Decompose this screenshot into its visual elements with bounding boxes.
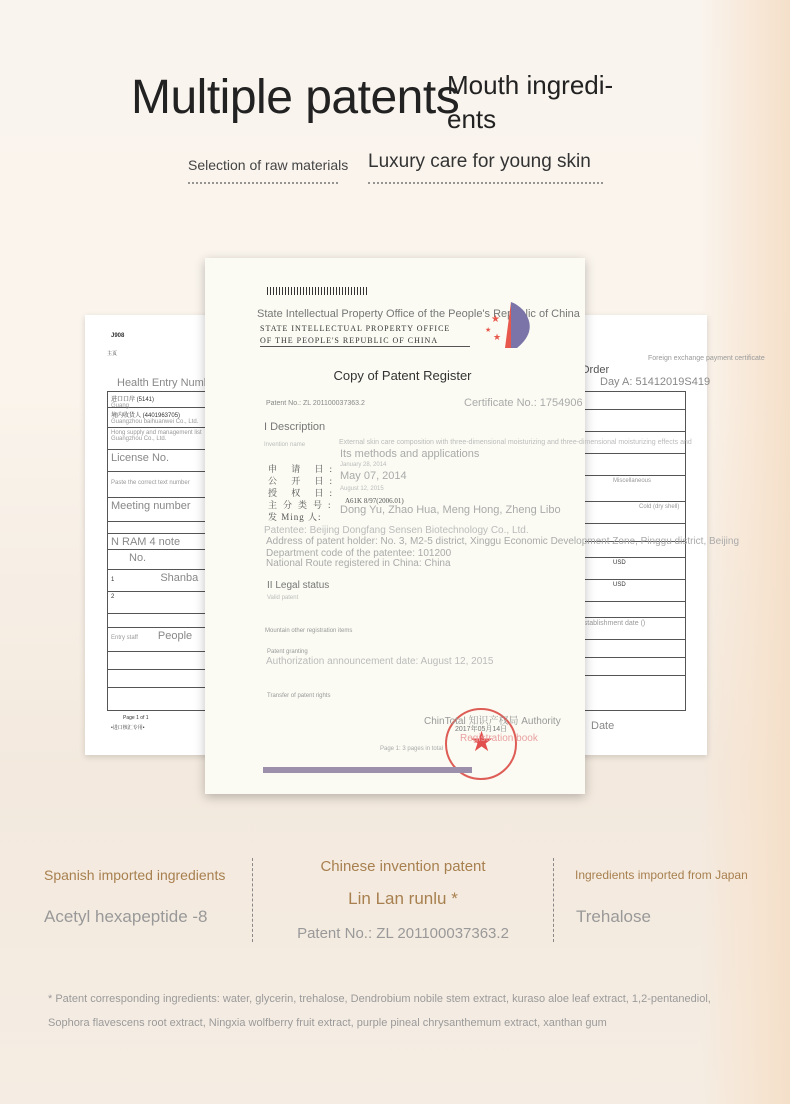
certificate-no: Certificate No.: 1754906 [464,397,583,409]
ingredient-2-label: Chinese invention patent [253,858,553,875]
transfer-of-rights: Transfer of patent rights [267,693,330,699]
patentee: Patentee: Beijing Dongfang Sensen Biotec… [264,525,529,536]
patent-certificate: State Intellectual Property Office of th… [205,258,585,794]
inventors: Dong Yu, Zhao Hua, Meng Hong, Zheng Libo [340,504,561,516]
section-legal-status: II Legal status [267,580,329,591]
doc-code: J908 [111,333,124,339]
header-rule [260,346,470,347]
footnote-line-1: * Patent corresponding ingredients: wate… [48,993,711,1005]
page-count: Page 1: 3 pages in total [380,746,443,752]
divider [553,858,554,942]
ingredient-1-value: Acetyl hexapeptide -8 [44,907,208,927]
subtitle-right: Luxury care for young skin [368,151,591,173]
registration-book: Registration book [460,733,538,744]
page-title-side: Mouth ingredi-ents [447,68,647,136]
invention-name: External skin care composition with thre… [339,439,692,446]
doc-title: Copy of Patent Register [205,368,600,383]
background-glow [700,0,790,1104]
establishment-date: t establishment date () [573,618,685,640]
doc-footer: •进口核汇专用• [111,724,145,731]
svg-text:★: ★ [485,326,491,334]
invention-name-label: Invention name [264,442,305,448]
foreign-exchange-label: Foreign exchange payment certificate [648,355,765,362]
cold-label: Cold (dry shell) [573,502,685,524]
invention-name-2: Its methods and applications [340,448,479,460]
patent-holder-address: Address of patent holder: No. 3, M2-5 di… [266,536,739,547]
day-number: Day A: 51412019S419 [600,376,710,388]
page-title: Multiple patents [131,70,459,125]
scribble-decoration [188,172,338,184]
footnote-line-2: Sophora flavescens root extract, Ningxia… [48,1017,607,1029]
office-line-2: OF THE PEOPLE'S REPUBLIC OF CHINA [260,336,438,345]
svg-text:★: ★ [493,332,501,342]
page-indicator: Page 1 of 1 [123,715,149,721]
other-registration-items: Mountain other registration items [265,628,352,634]
grant-date: August 12, 2015 [340,486,384,492]
patent-granting: Patent granting [267,649,308,655]
ingredient-3-value: Trehalose [576,907,651,927]
section-description: I Description [264,421,325,433]
customs-document-left: J908 主页 Health Entry Number: 120190000 进… [85,315,215,755]
national-route: National Route registered in China: Chin… [266,558,451,569]
ingredient-2-patent: Patent No.: ZL 201100037363.2 [253,925,553,942]
doc-subtext: 主页 [107,350,117,357]
ingredient-1-label: Spanish imported ingredients [44,867,225,883]
ingredient-3-label: Ingredients imported from Japan [575,868,748,882]
subtitle-left: Selection of raw materials [188,157,348,173]
patent-no: Patent No.: ZL 201100037363.2 [266,400,365,407]
application-date: January 28, 2014 [340,462,386,468]
barcode [267,287,367,295]
date-label: Date [591,720,614,732]
miscellaneous: Miscellaneous [573,476,685,502]
office-line-1: STATE INTELLECTUAL PROPERTY OFFICE [260,324,450,333]
sipo-logo-icon: ★ ★ ★ [483,300,539,350]
ingredient-2-value: Lin Lan runlu * [253,889,553,909]
footer-bar [263,767,472,773]
authorization-date: Authorization announcement date: August … [266,656,493,667]
svg-text:★: ★ [491,314,500,325]
publication-date: May 07, 2014 [340,470,407,482]
scribble-decoration [368,172,603,184]
valid-patent: Valid patent [267,595,298,601]
